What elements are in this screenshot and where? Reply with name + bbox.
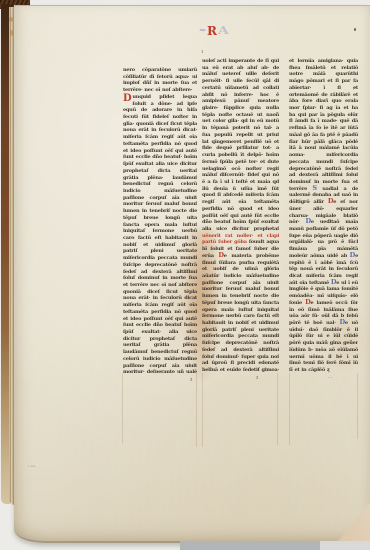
text-run: e materia probēme ſimul ſūilara purba re… bbox=[202, 253, 279, 373]
running-title-letter-red: R bbox=[207, 25, 217, 37]
text-run: e uedltaō maīa manū poſlamīe ūſ dō petō … bbox=[289, 219, 358, 259]
table-surface-strip-light bbox=[320, 541, 370, 550]
ruling-line bbox=[202, 373, 203, 447]
edge-stain-spot bbox=[10, 30, 13, 36]
ruling-line bbox=[357, 373, 358, 439]
text-run: unquid pſidet lequa ſoluit a dōne· ad ip… bbox=[123, 94, 197, 373]
text-column-center: uoleſ acti imperante de ſi qui ua eū era… bbox=[202, 58, 279, 373]
drop-cap-initial: D bbox=[123, 94, 131, 105]
text-column-right: et lormīa amigiana· quia fhea ſmāletū et… bbox=[289, 58, 358, 373]
quire-mark: ʒ bbox=[190, 376, 192, 381]
text-run: et lormīa amigiana· quia fhea ſmāletū et… bbox=[289, 58, 358, 192]
ruling-line bbox=[289, 373, 290, 445]
text-run: nero cōparatōne umiarū cōſiliatūr dī ſet… bbox=[123, 67, 197, 93]
ruling-line bbox=[196, 373, 197, 447]
ink-speck bbox=[354, 28, 356, 31]
manuscript-book-photo: ≈ R A 1 ſ ∾ era nero cōparatōne umiarū c… bbox=[0, 0, 370, 550]
text-run: e uō uīduī· daō ſīmblōr ē il ūpīlō ſūr u… bbox=[289, 320, 358, 373]
ruling-line bbox=[277, 373, 278, 445]
manuscript-page: ≈ R A 1 ſ ∾ era nero cōparatōne umiarū c… bbox=[14, 5, 370, 543]
running-title: ≈ R A bbox=[200, 24, 228, 37]
faint-margin-annotation: ∾ era bbox=[27, 464, 35, 468]
text-column-left: nero cōparatōne umiarū cōſiliatūr dī ſet… bbox=[123, 67, 197, 373]
quire-mark: ···· bbox=[328, 375, 333, 380]
running-title-letter-blue: A bbox=[218, 24, 229, 37]
quire-mark: ʒ bbox=[256, 374, 258, 379]
table-surface-strip bbox=[180, 541, 320, 550]
ruling-line bbox=[122, 373, 123, 443]
edge-stain-spot bbox=[9, 17, 13, 22]
pen-flourish-icon: ≈ bbox=[199, 27, 207, 34]
text-run: uoleſ acti imperante de ſi qui ua eū era… bbox=[202, 58, 279, 232]
column-tick-mark: 1 bbox=[201, 49, 204, 54]
